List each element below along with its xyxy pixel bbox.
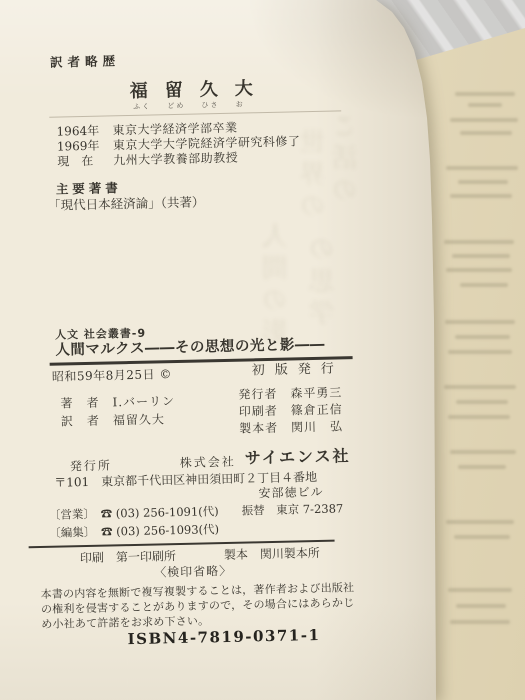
printing-binding-line: 印刷 第一印刷所 製本 関川製本所: [80, 547, 320, 564]
major-works-heading: 主要著書: [56, 182, 122, 196]
translator-name-furigana: ふく どめ ひさ お: [133, 101, 245, 110]
colophon-page-wrap: こ活の 世界の 人間の影 の思学 訳者略歴 福留久大 ふく どめ ひさ お 19…: [0, 0, 525, 700]
bio-history-text: 九州大学教養部助教授: [113, 152, 238, 167]
name-underline: [49, 110, 341, 117]
credit-translator: 訳 者 福留久大: [61, 413, 165, 427]
seal-omitted-note: 〈検印省略〉: [154, 565, 232, 579]
credit-printer-person: 印刷者 篠倉正信: [239, 403, 343, 417]
credit-author: 著 者 I.バーリン: [60, 395, 175, 409]
printed-content: 訳者略歴 福留久大 ふく どめ ひさ お 1964年 東京大学経済学部卒業 19…: [0, 0, 525, 700]
translator-bio-heading: 訳者略歴: [50, 55, 120, 69]
translator-name: 福留久大: [130, 80, 270, 101]
bio-history-text: 東京大学大学院経済学研究科修了: [113, 135, 301, 151]
credit-publisher-person: 発行者 森平勇三: [238, 386, 342, 400]
bio-history-label: 現 在: [57, 155, 93, 168]
publisher-label: 発行所: [70, 459, 112, 472]
credit-binder-person: 製本者 関川 弘: [239, 420, 343, 434]
bio-history-label: 1964年: [56, 125, 99, 138]
editing-phone-line: 〔編集〕 ☎ (03) 256-1093(代): [49, 524, 219, 539]
publisher-company-name: サイエンス社: [245, 448, 351, 466]
bio-history-text: 東京大学経済学部卒業: [112, 122, 237, 137]
isbn-number: ISBN4-7819-0371-1: [128, 628, 321, 647]
bio-history-label: 1969年: [57, 140, 100, 153]
publication-date: 昭和59年8月25日 ©: [52, 368, 172, 383]
edition-label: 初版発行: [252, 362, 344, 377]
colophon-page: こ活の 世界の 人間の影 の思学 訳者略歴 福留久大 ふく どめ ひさ お 19…: [0, 0, 525, 700]
publisher-company-type: 株式会社: [180, 456, 236, 469]
copyright-notice-line: め小社あて許諾をお求め下さい。: [41, 615, 209, 630]
sales-phone-line: 〔営業〕 ☎ (03) 256-1091(代) 振替 東京 7-2387: [49, 503, 344, 521]
major-works-entry: 「現代日本経済論」（共著）: [48, 196, 205, 212]
book-colophon-photo: こ活の 世界の 人間の影 の思学 訳者略歴 福留久大 ふく どめ ひさ お 19…: [0, 0, 525, 700]
book-title: 人間マルクス――その思想の光と影――: [55, 338, 325, 358]
publisher-building: 安部徳ビル: [258, 486, 323, 499]
series-label: 人文 社会叢書-9: [55, 328, 146, 341]
